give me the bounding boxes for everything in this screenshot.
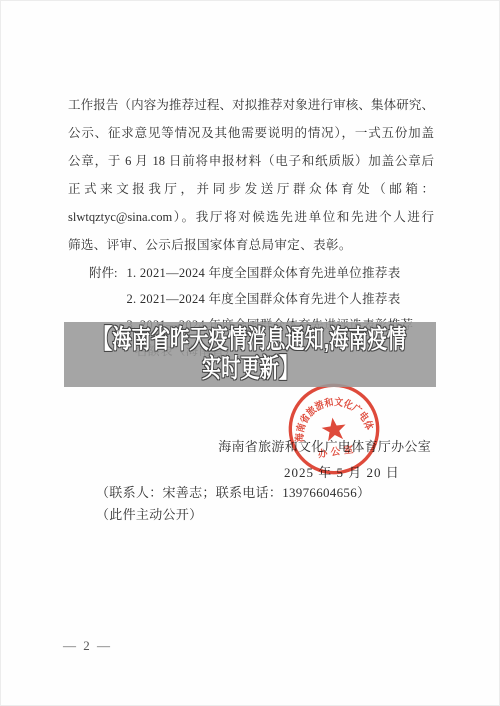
body-line: 公示、征求意见等情况及其他需要说明的情况），一式五份加盖 (68, 119, 434, 147)
overlay-spam-banner: 【海南省昨天疫情消息通知,海南疫情 实时更新】 (64, 322, 436, 387)
seal-office-text: 办公室 (317, 443, 357, 460)
star-icon (320, 416, 347, 442)
body-paragraph: 工作报告（内容为推荐过程、对拟推荐对象进行审核、集体研究、 公示、征求意见等情况… (68, 91, 434, 259)
scanned-document-page: 工作报告（内容为推荐过程、对拟推荐对象进行审核、集体研究、 公示、征求意见等情况… (0, 0, 500, 706)
attachment-item: 1. 2021—2024 年度全国群众体育先进单位推荐表 (126, 260, 413, 286)
body-line: 公章，于 6 月 18 日前将申报材料（电子和纸质版）加盖公章后 (68, 147, 434, 175)
body-line: 筛选、评审、公示后报国家体育总局审定、表彰。 (68, 231, 434, 259)
body-line: 工作报告（内容为推荐过程、对拟推荐对象进行审核、集体研究、 (68, 91, 434, 119)
disclosure-line: （此件主动公开） (96, 504, 202, 523)
attachment-item: 2. 2021—2024 年度全国群众体育先进个人推荐表 (126, 286, 413, 312)
body-line: 正式来文报我厅，并同步发送厅群众体育处（邮箱： (68, 175, 434, 203)
page-number: — 2 — (63, 638, 112, 654)
official-seal: 海南省旅游和文化广电体育厅 办公室 (280, 375, 388, 483)
overlay-text-line2: 实时更新】 (202, 354, 298, 383)
body-line: slwtqztyc@sina.com）。我厅将对候选先进单位和先进个人进行 (68, 203, 434, 231)
contact-line: （联系人：宋善志；联系电话：13976604656） (96, 482, 370, 501)
overlay-text-line1: 【海南省昨天疫情消息通知,海南疫情 (93, 325, 406, 354)
